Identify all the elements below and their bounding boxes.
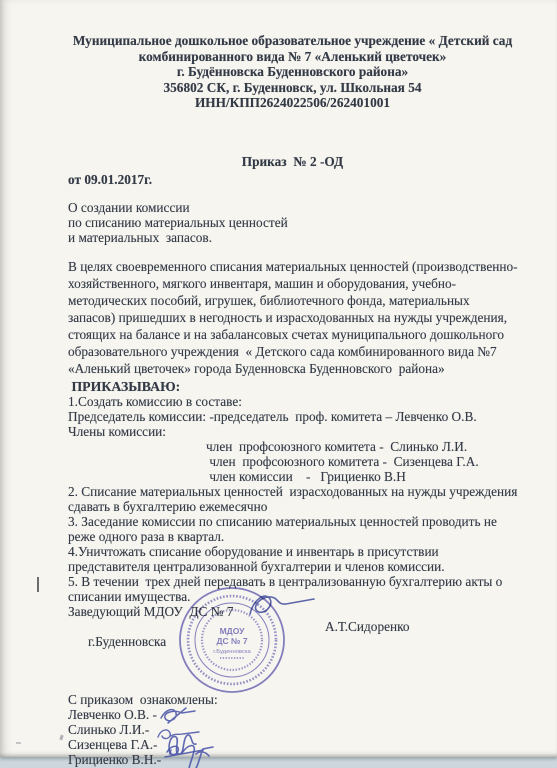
order-subject: О создании комиссии по списанию материал… — [68, 200, 517, 245]
acknowledgement-name: Левченко О.В. - — [68, 707, 157, 722]
acknowledgement-row: Левченко О.В. - — [68, 707, 517, 722]
preamble-line: запасов) пришедших в негодность и израсх… — [68, 309, 517, 326]
acknowledgement-name: Грициенко В.Н.- — [68, 752, 161, 767]
signoff-city: г.Буденновска — [88, 634, 166, 649]
spacer — [68, 245, 517, 258]
spacer — [68, 679, 517, 692]
subject-line: и материальных запасов. — [68, 230, 517, 245]
director-signature-icon — [244, 589, 318, 623]
stamp-text-line: ДС № 7 — [216, 636, 247, 646]
commission-composition: 1.Создать комиссию в составе: Председате… — [68, 394, 517, 484]
order-items: 2. Списание материальных ценностей израс… — [68, 484, 517, 604]
letterhead-line: комбинированного вида № 7 «Аленький цвет… — [68, 49, 517, 65]
stamp-text-line: МДОУ — [220, 626, 246, 636]
letterhead-line: ИНН/КПП2624022506/262401001 — [68, 95, 517, 111]
order-item-line: 4.Уничтожать списание оборудование и инв… — [68, 544, 517, 559]
letterhead-line: г. Будённовска Буденновского района» — [68, 64, 517, 80]
commission-member-line: член профсоюзного комитета - Сизенцева Г… — [68, 454, 517, 469]
acknowledgement-heading: С приказом ознакомлены: — [68, 692, 517, 707]
composition-line: 1.Создать комиссию в составе: — [68, 394, 517, 409]
subject-line: О создании комиссии — [68, 200, 517, 215]
resolution-heading: ПРИКАЗЫВАЮ: — [68, 379, 517, 394]
letterhead-line: 356802 СК, г. Буденновск, ул. Школьная 5… — [68, 80, 517, 96]
preamble-line: методических пособий, игрушек, библиотеч… — [68, 292, 517, 309]
letterhead: Муниципальное дошкольное образовательное… — [68, 33, 517, 111]
spacer — [68, 187, 517, 200]
director-name: А.Т.Сидоренко — [325, 619, 410, 634]
preamble-line: «Аленький цветочек» города Буденновска Б… — [68, 360, 517, 377]
composition-line: Председатель комиссии: -председатель про… — [68, 409, 517, 424]
order-title: Приказ № 2 -ОД — [68, 154, 517, 169]
acknowledgement-row: Сизенцева Г.А.- — [68, 737, 517, 752]
letterhead-line: Муниципальное дошкольное образовательное… — [68, 33, 517, 49]
margin-tick-mark — [37, 577, 39, 592]
order-item-line: сдавать в бухгалтерию ежемесячно — [68, 499, 517, 514]
acknowledgement-name: Сизенцева Г.А.- — [68, 737, 161, 752]
commission-member-line: член профсоюзного комитета - Слинько Л.И… — [68, 439, 517, 454]
signoff-city-line: г.Буденновска А.Т.Сидоренко — [68, 619, 517, 679]
order-item-line: 2. Списание материальных ценностей израс… — [68, 484, 517, 499]
order-item-line: 5. В течении трех дней передавать в цент… — [68, 574, 517, 589]
order-preamble: В целях своевременного списания материал… — [68, 258, 517, 377]
commission-member-line: член комиссии - Грициенко В.Н — [68, 469, 517, 484]
acknowledgement-block: С приказом ознакомлены: Левченко О.В. - … — [68, 692, 517, 767]
stamp-text-line: г.Буденновска — [213, 649, 251, 655]
order-item-line: 3. Заседание комиссии по списанию матери… — [68, 514, 517, 529]
subject-line: по списанию материальных ценностей — [68, 215, 517, 230]
ink-speck — [16, 742, 21, 744]
preamble-line: хозяйственного, мягкого инвентаря, машин… — [68, 275, 517, 292]
preamble-line: стоящих на балансе и на забалансовых сче… — [68, 326, 517, 343]
acknowledgement-name: Слинько Л.И.- — [68, 722, 153, 737]
acknowledgement-row: Грициенко В.Н.- — [68, 752, 517, 767]
composition-line: Члены комиссии: — [68, 424, 517, 439]
order-item-line: реже одного раза в квартал. — [68, 529, 517, 544]
preamble-line: образовательного учреждения « Детского с… — [68, 343, 517, 360]
scanned-document-page: { "page": { "paper_color": "#f6f5f0", "s… — [0, 0, 557, 768]
order-date: от 09.01.2017г. — [68, 172, 517, 187]
signature-gritsienko-icon — [163, 740, 217, 768]
acknowledgement-row: Слинько Л.И.- — [68, 722, 517, 737]
order-item-line: представителя централизованной бухгалтер… — [68, 559, 517, 574]
preamble-line: В целях своевременного списания материал… — [68, 258, 517, 275]
